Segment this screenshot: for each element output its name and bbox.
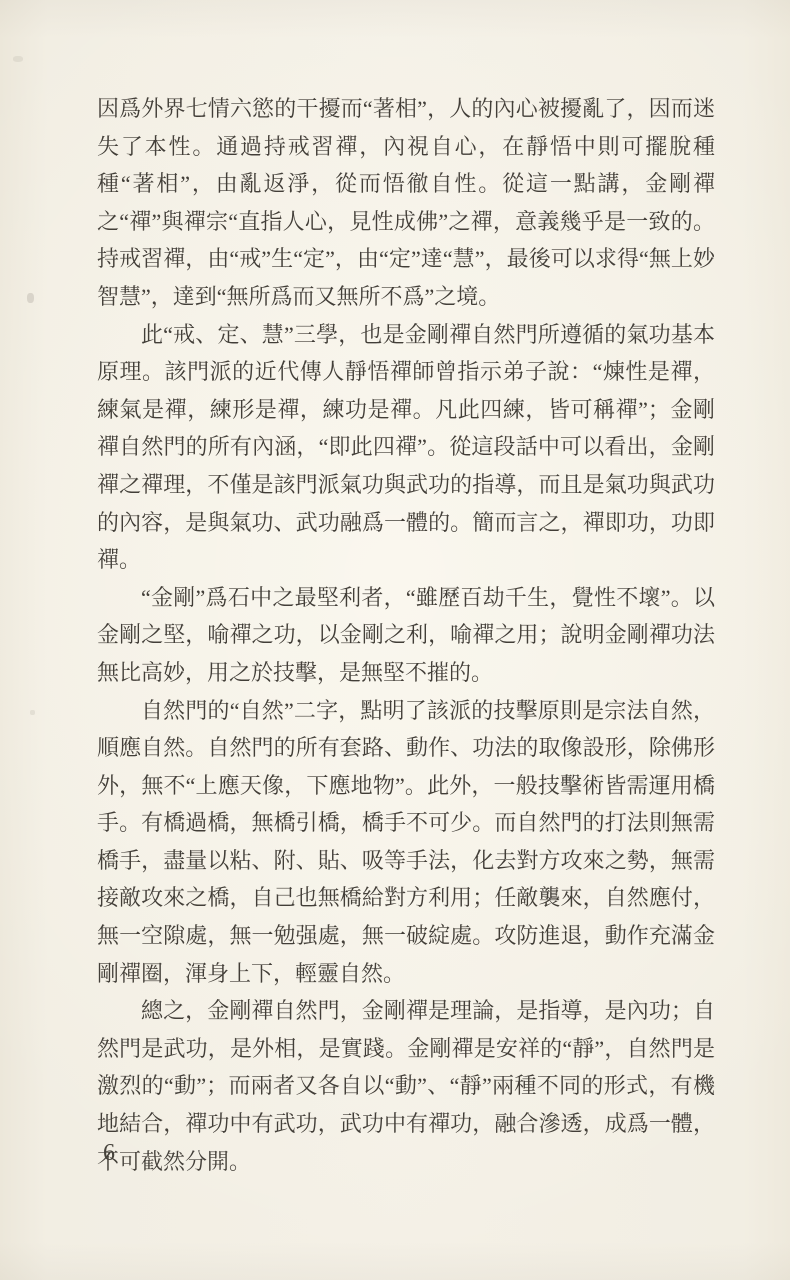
scan-speck [13,56,23,62]
paragraph-3: “金剛”爲石中之最堅利者，“雖歷百劫千生，覺性不壞”。以金剛之堅，喻禪之功，以金… [97,579,715,692]
paragraph-4: 自然門的“自然”二字，點明了該派的技擊原則是宗法自然，順應自然。自然門的所有套路… [97,692,715,993]
scanned-book-page: 因爲外界七情六慾的干擾而“著相”，人的內心被擾亂了，因而迷失了本性。通過持戒習禪… [0,0,790,1280]
scan-speck [27,293,34,303]
scan-speck [30,710,35,715]
page-number: 6 [103,1140,115,1167]
paragraph-2: 此“戒、定、慧”三學，也是金剛禪自然門所遵循的氣功基本原理。該門派的近代傳人靜悟… [97,316,715,579]
paragraph-1: 因爲外界七情六慾的干擾而“著相”，人的內心被擾亂了，因而迷失了本性。通過持戒習禪… [97,90,715,316]
paragraph-5: 總之，金剛禪自然門，金剛禪是理論，是指導，是內功；自然門是武功，是外相，是實踐。… [97,992,715,1180]
page-body-text: 因爲外界七情六慾的干擾而“著相”，人的內心被擾亂了，因而迷失了本性。通過持戒習禪… [97,90,715,1180]
